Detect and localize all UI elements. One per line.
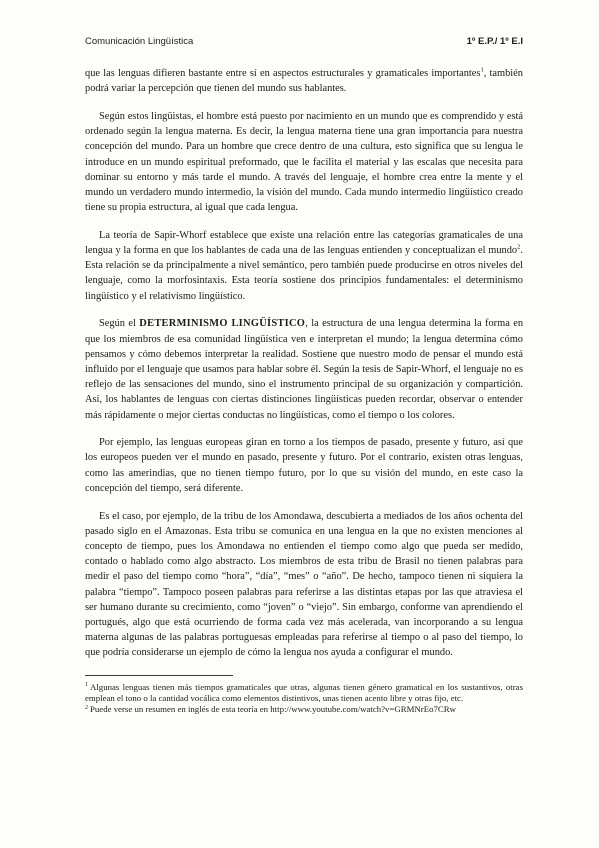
paragraph: Según estos lingüistas, el hombre está p… <box>85 109 523 215</box>
header-grade-label: 1º E.P./ 1º E.I <box>467 36 523 47</box>
paragraph: La teoría de Sapir-Whorf establece que e… <box>85 228 523 304</box>
footnote-marker: 2 <box>85 705 88 711</box>
footnote: 1Algunas lenguas tienen más tiempos gram… <box>85 682 523 705</box>
document-body: que las lenguas difieren bastante entre … <box>85 66 523 661</box>
paragraph: Es el caso, por ejemplo, de la tribu de … <box>85 509 523 661</box>
document-page: Comunicación Lingüística 1º E.P./ 1º E.I… <box>0 0 599 848</box>
header-course-title: Comunicación Lingüística <box>85 36 193 47</box>
paragraph: Según el DETERMINISMO LINGÜÍSTICO, la es… <box>85 316 523 422</box>
footnote: 2Puede verse un resumen en inglés de est… <box>85 704 523 715</box>
footnote-url[interactable]: http://www.youtube.com/watch?v=GRMNrEo7C… <box>270 704 456 714</box>
paragraph: que las lenguas difieren bastante entre … <box>85 66 523 96</box>
footnote-separator <box>85 675 233 676</box>
footnotes-section: 1Algunas lenguas tienen más tiempos gram… <box>85 682 523 716</box>
paragraph: Por ejemplo, las lenguas europeas giran … <box>85 435 523 496</box>
footnote-marker: 1 <box>85 682 88 688</box>
page-header: Comunicación Lingüística 1º E.P./ 1º E.I <box>85 36 523 47</box>
